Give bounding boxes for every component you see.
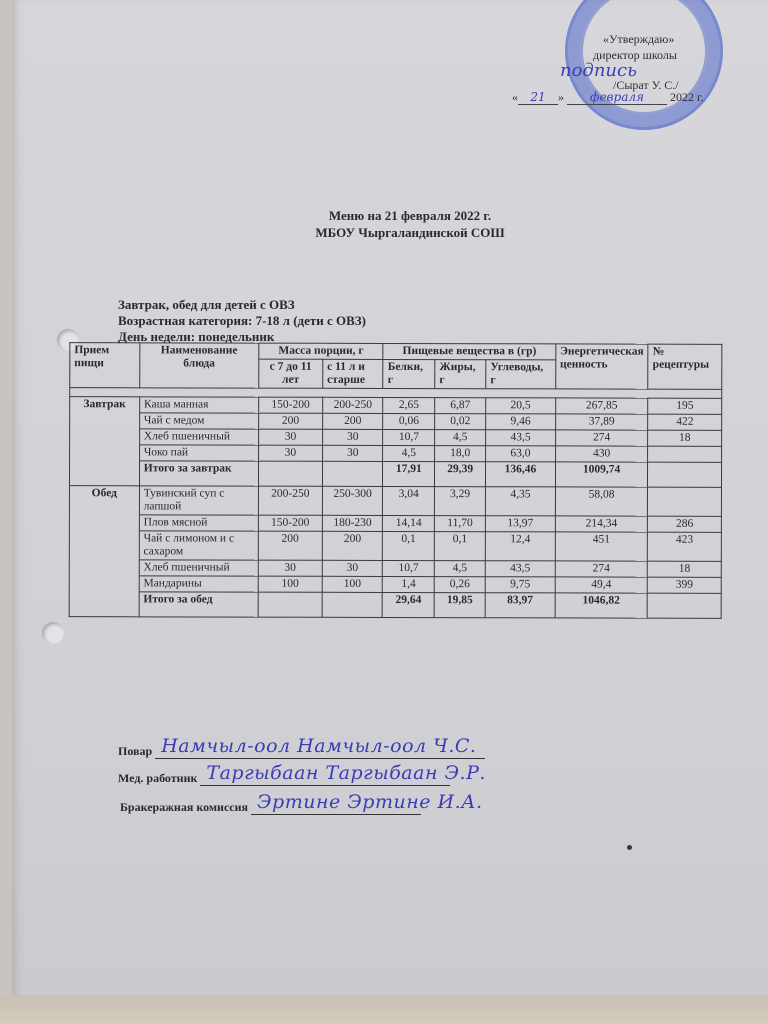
recipe-cell [648,462,722,487]
protein-cell: 29,64 [383,592,435,617]
dish-cell: Хлеб пшеничный [139,429,258,445]
recipe-cell: 399 [648,577,722,593]
carbs-cell: 136,46 [486,462,556,487]
protein-cell: 10,7 [383,560,435,576]
approval-day: 21 [518,90,558,105]
dish-cell: Мандарины [139,576,258,592]
dish-cell: Чай с лимоном и с сахаром [139,531,258,560]
protein-cell: 4,5 [383,445,435,461]
portion-7-11-cell: 150-200 [259,397,323,413]
table-row: ОбедТувинский суп с лапшой200-250250-300… [69,486,721,517]
fat-cell: 0,02 [435,414,486,430]
carbs-cell: 4,35 [486,487,556,516]
portion-7-11-cell: 100 [258,576,322,592]
dish-cell: Чоко пай [139,445,258,461]
total-row: Итого за обед29,6419,8583,971046,82 [69,592,721,619]
header-energy: Энергетическая ценность [555,344,648,389]
carbs-cell: 43,5 [485,561,555,577]
header-recipe: № рецептуры [648,344,722,389]
recipe-cell: 18 [648,430,722,446]
approval-heading: «Утверждаю» [603,32,674,47]
portion-11-plus-cell: 30 [322,445,383,461]
fat-cell: 29,39 [435,462,486,487]
menu-table: Прием пищи Наименование блюда Масса порц… [69,342,723,619]
school-name: МБОУ Чыргаландинской СОШ [0,224,768,241]
portion-11-plus-cell: 200 [322,531,383,560]
table-row: Чоко пай30304,518,063,0430 [70,445,722,463]
carbs-cell: 83,97 [485,593,555,618]
portion-7-11-cell: 200 [258,413,322,429]
carbs-cell: 12,4 [485,532,555,561]
protein-cell: 0,1 [383,531,435,560]
dish-cell: Итого за обед [139,592,258,617]
medic-signature-row: Мед. работник Таргыбаан Таргыбаан Э.Р. [118,767,450,786]
energy-cell: 58,08 [555,487,648,516]
fat-cell: 6,87 [435,398,486,414]
table-row: Плов мясной150-200180-23014,1411,7013,97… [69,515,721,533]
energy-cell: 49,4 [555,577,648,593]
portion-11-plus-cell: 100 [322,576,383,592]
carbs-cell: 43,5 [486,430,556,446]
recipe-cell [648,446,722,462]
age-category: Возрастная категория: 7-18 л (дети с ОВЗ… [118,313,366,329]
cook-signature-row: Повар Намчыл-оол Намчыл-оол Ч.С. [118,740,485,759]
commission-signature: Эртине Эртине И.А. [257,791,483,813]
header-nutrients: Пищевые вещества в (гр) [383,343,555,359]
ink-spot [627,845,632,850]
energy-cell: 1046,82 [555,593,648,618]
recipe-cell: 286 [648,516,722,532]
carbs-cell: 9,75 [485,577,555,593]
document-title: Меню на 21 февраля 2022 г. МБОУ Чыргалан… [0,207,768,241]
menu-table-body: ЗавтракКаша манная150-200200-2502,656,87… [69,397,722,619]
dish-cell: Тувинский суп с лапшой [139,486,258,515]
fat-cell: 0,1 [434,532,485,561]
background-surface [0,995,768,1024]
portion-7-11-cell [258,592,322,617]
cook-label: Повар [118,744,152,758]
portion-7-11-cell: 200 [258,531,322,560]
portion-7-11-cell: 150-200 [258,515,322,531]
energy-cell: 214,34 [555,516,648,532]
portion-11-plus-cell [322,592,383,617]
fat-cell: 0,26 [434,577,485,593]
portion-11-plus-cell: 250-300 [322,486,383,515]
recipe-cell: 423 [648,532,722,561]
dish-cell: Плов мясной [139,515,258,531]
meal-type: Завтрак, обед для детей с ОВЗ [118,297,366,313]
commission-label: Бракеражная комиссия [120,800,248,814]
dish-cell: Итого за завтрак [139,461,258,486]
header-fat: Жиры, г [435,360,486,389]
portion-7-11-cell: 200-250 [258,486,322,515]
energy-cell: 37,89 [555,414,648,430]
approval-date: «21» февраля 2022 г. [512,90,704,105]
carbs-cell: 63,0 [486,446,556,462]
header-portion-7-11: с 7 до 11 лет [259,359,323,388]
medic-signature: Таргыбаан Таргыбаан Э.Р. [206,762,486,784]
protein-cell: 0,06 [383,413,435,429]
dish-cell: Каша манная [139,397,258,413]
fat-cell: 11,70 [434,516,485,532]
portion-11-plus-cell: 180-230 [322,515,383,531]
carbs-cell: 9,46 [486,414,556,430]
header-portion: Масса порции, г [259,343,384,359]
fat-cell: 18,0 [435,446,486,462]
carbs-cell: 13,97 [485,516,555,532]
recipe-cell [648,487,722,516]
energy-cell: 274 [555,430,648,446]
energy-cell: 1009,74 [555,462,648,487]
portion-11-plus-cell [322,461,383,486]
header-dish: Наименование блюда [139,343,258,388]
table-row: Хлеб пшеничный303010,74,543,527418 [69,560,721,578]
fat-cell: 4,5 [434,561,485,577]
protein-cell: 1,4 [383,576,435,592]
approval-year: 2022 г. [670,90,704,104]
table-row: ЗавтракКаша манная150-200200-2502,656,87… [70,397,722,415]
energy-cell: 430 [555,446,648,462]
protein-cell: 2,65 [383,397,435,413]
dish-cell: Хлеб пшеничный [139,560,258,576]
fat-cell: 19,85 [434,593,485,618]
medic-label: Мед. работник [118,771,197,785]
energy-cell: 267,85 [555,398,648,414]
protein-cell: 10,7 [383,429,435,445]
total-row: Итого за завтрак17,9129,39136,461009,74 [69,461,721,488]
table-row: Чай с лимоном и с сахаром2002000,10,112,… [69,531,721,562]
portion-7-11-cell: 30 [258,560,322,576]
table-row: Хлеб пшеничный303010,74,543,527418 [70,429,722,447]
protein-cell: 14,14 [383,515,435,531]
header-protein: Белки, г [383,359,435,388]
approval-month: февраля [567,90,667,105]
approval-block: «Утверждаю» директор школы подпись /Сыра… [0,0,768,110]
dish-cell: Чай с медом [139,413,258,429]
table-row: Чай с медом2002000,060,029,4637,89422 [70,413,722,431]
menu-date-title: Меню на 21 февраля 2022 г. [0,207,768,224]
energy-cell: 274 [555,561,648,577]
portion-11-plus-cell: 30 [322,429,383,445]
portion-11-plus-cell: 200 [322,413,383,429]
commission-signature-row: Бракеражная комиссия Эртине Эртине И.А. [120,796,421,815]
meal-cell: Обед [69,486,139,617]
header-meal: Прием пищи [70,343,140,388]
meal-cell: Завтрак [69,397,139,486]
protein-cell: 3,04 [383,486,435,515]
header-portion-11-plus: с 11 л и старше [323,359,384,388]
punch-hole [42,622,64,644]
portion-11-plus-cell: 200-250 [323,397,384,413]
protein-cell: 17,91 [383,461,435,486]
recipe-cell: 195 [648,398,722,414]
portion-7-11-cell: 30 [258,429,322,445]
recipe-cell [648,593,722,618]
recipe-cell: 18 [648,561,722,577]
table-row: Мандарины1001001,40,269,7549,4399 [69,576,721,594]
header-carbs: Углеводы, г [486,360,556,389]
cook-signature: Намчыл-оол Намчыл-оол Ч.С. [161,735,476,757]
fat-cell: 4,5 [435,430,486,446]
carbs-cell: 20,5 [486,398,556,414]
fat-cell: 3,29 [435,487,486,516]
recipe-cell: 422 [648,414,722,430]
energy-cell: 451 [555,532,648,561]
menu-meta: Завтрак, обед для детей с ОВЗ Возрастная… [118,297,366,345]
portion-11-plus-cell: 30 [322,560,383,576]
portion-7-11-cell [258,461,322,486]
portion-7-11-cell: 30 [258,445,322,461]
